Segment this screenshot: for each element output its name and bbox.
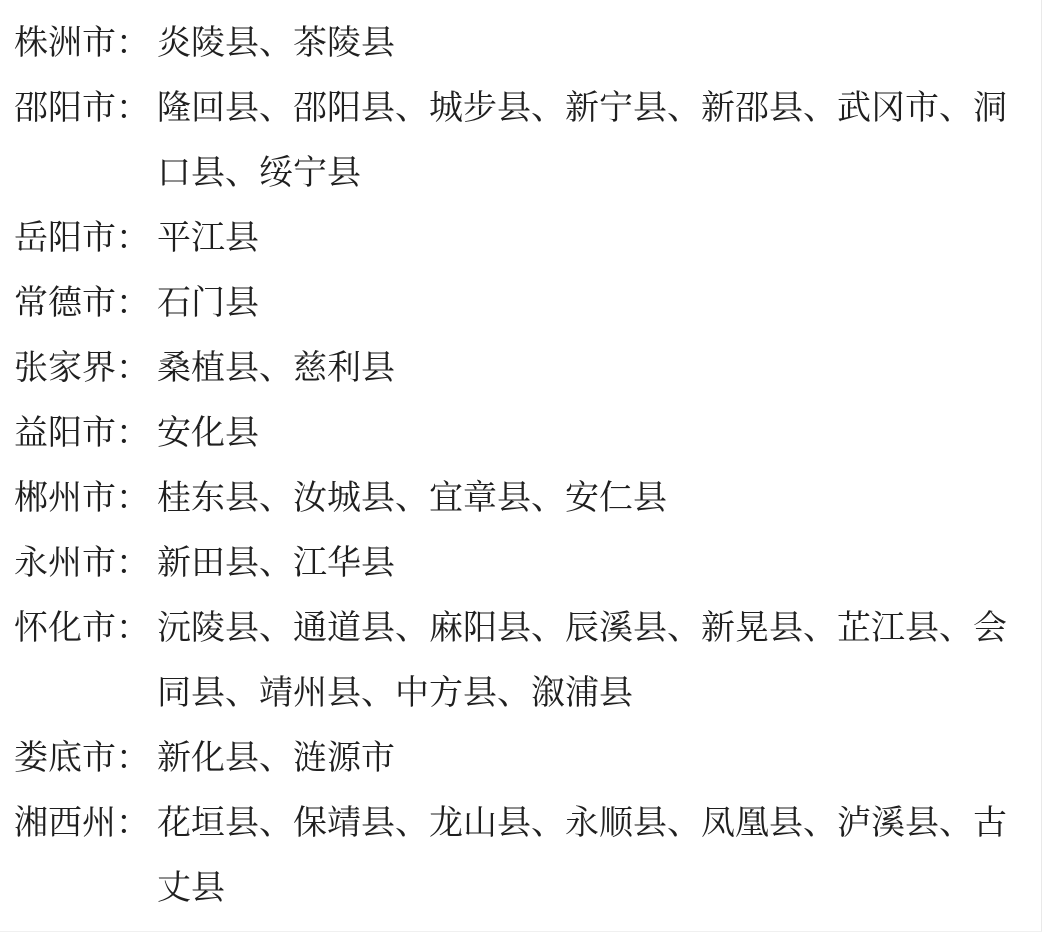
county-list: 隆回县、邵阳县、城步县、新宁县、新邵县、武冈市、洞口县、绥宁县 <box>157 76 1013 206</box>
city-label: 怀化市： <box>14 596 157 661</box>
city-row: 娄底市： 新化县、涟源市 <box>14 726 1041 791</box>
city-label: 株洲市： <box>14 11 157 76</box>
county-list: 沅陵县、通道县、麻阳县、辰溪县、新晃县、芷江县、会同县、靖州县、中方县、溆浦县 <box>157 596 1013 726</box>
city-label: 娄底市： <box>14 726 157 791</box>
city-row: 益阳市： 安化县 <box>14 401 1041 466</box>
county-list: 石门县 <box>157 271 1013 336</box>
county-list: 炎陵县、茶陵县 <box>157 11 1013 76</box>
city-label: 湘西州： <box>14 791 157 856</box>
city-label: 永州市： <box>14 531 157 596</box>
city-label: 常德市： <box>14 271 157 336</box>
city-row: 株洲市： 炎陵县、茶陵县 <box>14 11 1041 76</box>
county-list: 桑植县、慈利县 <box>157 336 1013 401</box>
document-page: { "page": { "background": "#ffffff", "te… <box>0 0 1042 932</box>
city-row: 常德市： 石门县 <box>14 271 1041 336</box>
city-row: 岳阳市： 平江县 <box>14 206 1041 271</box>
city-row: 湘西州： 花垣县、保靖县、龙山县、永顺县、凤凰县、泸溪县、古丈县 <box>14 791 1041 921</box>
city-label: 邵阳市： <box>14 76 157 141</box>
county-list: 新田县、江华县 <box>157 531 1013 596</box>
county-list: 新化县、涟源市 <box>157 726 1013 791</box>
county-list: 安化县 <box>157 401 1013 466</box>
county-list: 桂东县、汝城县、宜章县、安仁县 <box>157 466 1013 531</box>
city-label: 张家界： <box>14 336 157 401</box>
city-row: 怀化市： 沅陵县、通道县、麻阳县、辰溪县、新晃县、芷江县、会同县、靖州县、中方县… <box>14 596 1041 726</box>
city-row: 张家界： 桑植县、慈利县 <box>14 336 1041 401</box>
county-list: 花垣县、保靖县、龙山县、永顺县、凤凰县、泸溪县、古丈县 <box>157 791 1013 921</box>
city-label: 岳阳市： <box>14 206 157 271</box>
city-row: 永州市： 新田县、江华县 <box>14 531 1041 596</box>
city-label: 益阳市： <box>14 401 157 466</box>
city-row: 邵阳市： 隆回县、邵阳县、城步县、新宁县、新邵县、武冈市、洞口县、绥宁县 <box>14 76 1041 206</box>
county-list: 平江县 <box>157 206 1013 271</box>
city-county-list: 株洲市： 炎陵县、茶陵县 邵阳市： 隆回县、邵阳县、城步县、新宁县、新邵县、武冈… <box>0 0 1041 921</box>
city-row: 郴州市： 桂东县、汝城县、宜章县、安仁县 <box>14 466 1041 531</box>
city-label: 郴州市： <box>14 466 157 531</box>
